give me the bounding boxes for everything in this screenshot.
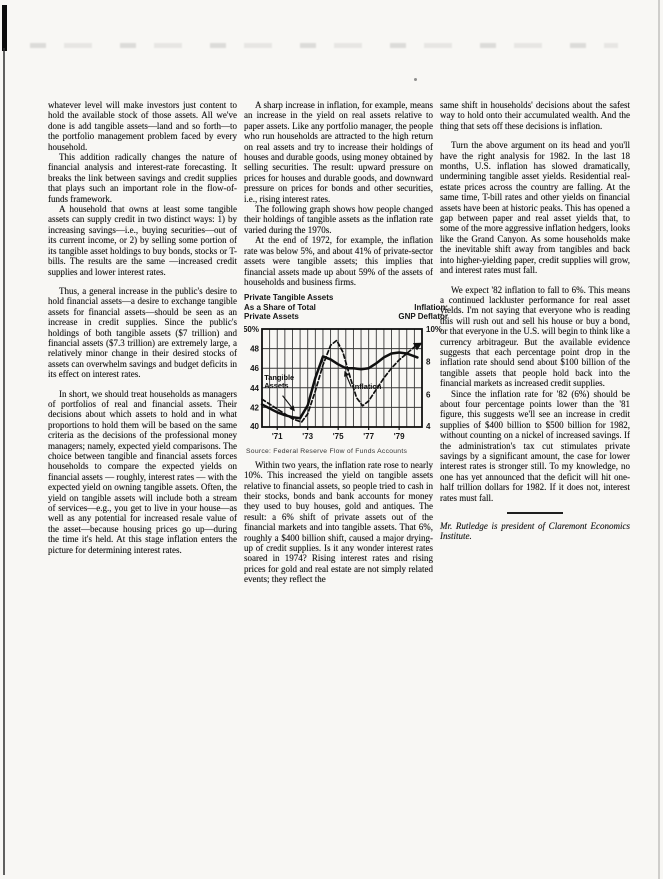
article-paragraph: The following graph shows how people cha…	[244, 204, 433, 235]
svg-text:46: 46	[250, 364, 259, 373]
svg-text:10%: 10%	[426, 325, 442, 334]
article-column-left: whatever level will make investors just …	[48, 100, 237, 585]
article-paragraph: Turn the above argument on its head and …	[440, 140, 630, 275]
svg-text:42: 42	[250, 403, 259, 412]
article-columns: whatever level will make investors just …	[48, 100, 630, 585]
svg-text:44: 44	[250, 384, 259, 393]
article-paragraph: whatever level will make investors just …	[48, 100, 237, 152]
article-paragraph: A household that owns at least some tang…	[48, 204, 237, 277]
article-paragraph: A sharp increase in inflation, for examp…	[244, 100, 433, 204]
svg-text:'79: '79	[394, 432, 405, 441]
article-paragraph: We expect '82 inflation to fall to 6%. T…	[440, 285, 630, 389]
article-paragraph: This addition radically changes the natu…	[48, 152, 237, 204]
scan-left-edge-line	[3, 48, 5, 875]
chart-title-line: Private Tangible Assets	[244, 293, 333, 303]
scan-ghosting	[30, 43, 618, 48]
author-credit: Mr. Rutledge is president of Claremont E…	[440, 521, 630, 542]
chart-svg: 50%484644424010%864'71'73'75'77'79Tangib…	[244, 325, 448, 441]
svg-text:50%: 50%	[244, 325, 259, 334]
chart-title-left: Private Tangible Assets As a Share of To…	[244, 293, 333, 322]
svg-text:40: 40	[250, 422, 259, 431]
chart-title-right: Inflation: GNP Deflator	[398, 303, 448, 322]
article-column-middle: A sharp increase in inflation, for examp…	[244, 100, 433, 585]
page-right-edge-shadow	[658, 0, 660, 879]
article-paragraph: In short, we should treat households as …	[48, 389, 237, 556]
svg-text:'77: '77	[363, 432, 374, 441]
article-paragraph: same shift in households' decisions abou…	[440, 100, 630, 131]
svg-text:6: 6	[426, 390, 431, 399]
svg-text:Assets: Assets	[264, 381, 288, 390]
svg-text:'71: '71	[272, 432, 283, 441]
scan-speck	[414, 78, 417, 81]
svg-text:'73: '73	[302, 432, 313, 441]
scanned-article-page: whatever level will make investors just …	[0, 0, 663, 879]
chart-title-line: Private Assets	[244, 312, 333, 322]
chart-figure: Private Tangible Assets As a Share of To…	[244, 293, 448, 455]
article-paragraph: Within two years, the inflation rate ros…	[244, 460, 433, 585]
chart-header: Private Tangible Assets As a Share of To…	[244, 293, 448, 322]
article-paragraph: At the end of 1972, for example, the inf…	[244, 235, 433, 287]
svg-text:8: 8	[426, 357, 431, 366]
chart-title-line: As a Share of Total	[244, 303, 333, 313]
end-rule	[507, 512, 563, 514]
svg-text:'75: '75	[333, 432, 344, 441]
article-paragraph: Since the inflation rate for '82 (6%) sh…	[440, 389, 630, 503]
article-paragraph: Thus, a general increase in the public's…	[48, 286, 237, 380]
scan-edge-bar	[2, 5, 7, 51]
chart-title-line: GNP Deflator	[398, 312, 448, 322]
svg-text:48: 48	[250, 344, 259, 353]
svg-text:Inflation: Inflation	[353, 382, 382, 391]
chart-title-line: Inflation:	[398, 303, 448, 313]
chart-source: Source: Federal Reserve Flow of Funds Ac…	[244, 448, 448, 455]
article-column-right: same shift in households' decisions abou…	[440, 100, 630, 585]
svg-text:4: 4	[426, 422, 431, 431]
